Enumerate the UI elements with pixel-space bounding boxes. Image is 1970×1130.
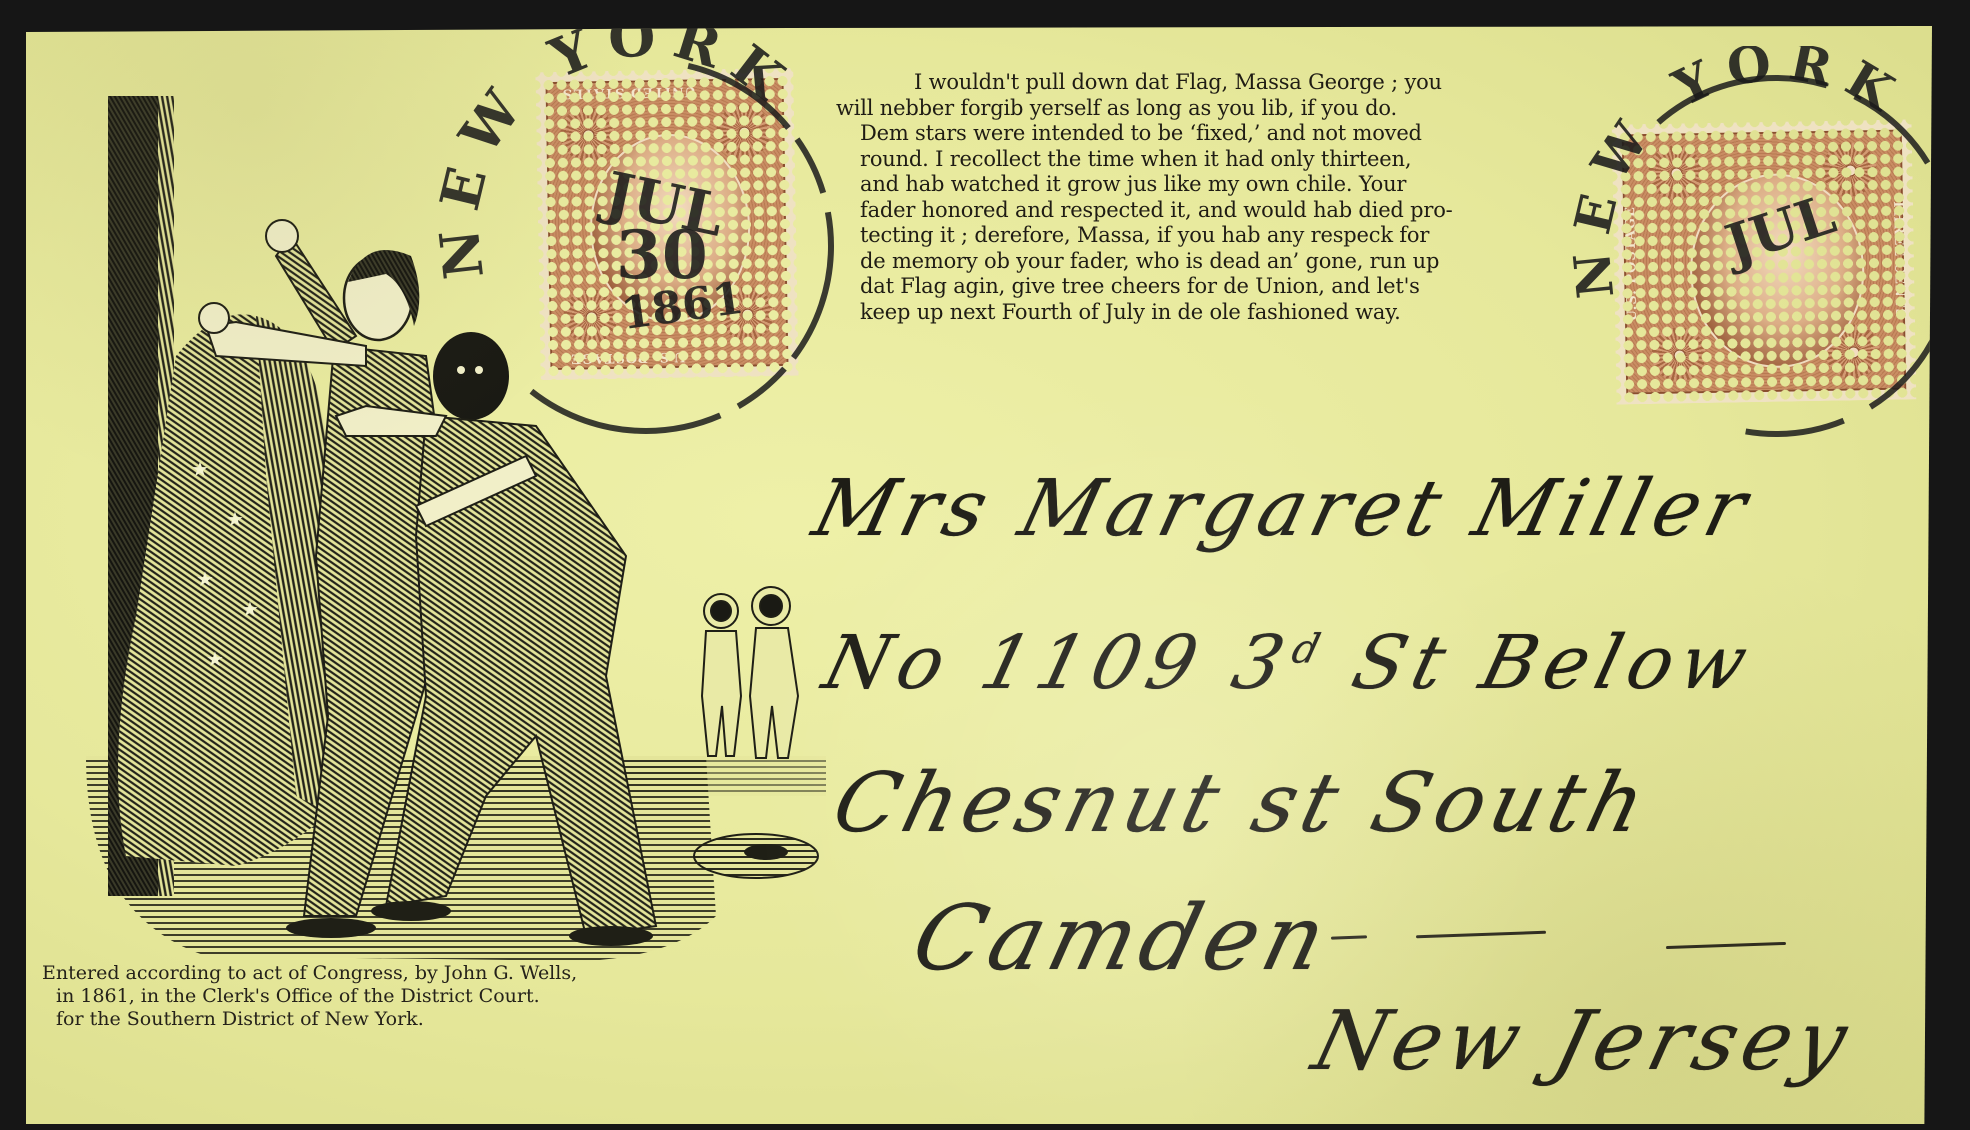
- svg-text:★: ★: [191, 457, 209, 481]
- flourish-dash: [1416, 931, 1546, 939]
- flourish-dash: [1666, 942, 1786, 949]
- verse-line: round. I recollect the time when it had …: [836, 147, 1636, 173]
- address-street: Chesnut st South: [824, 756, 1660, 851]
- address-street-number: No 1109 3d St Below: [815, 620, 1763, 706]
- street-suffix: St Below: [1344, 620, 1763, 706]
- address-city: Camden: [903, 886, 1342, 991]
- postmark-month: JUL: [1714, 182, 1843, 278]
- verse-line: Dem stars were intended to be ‘fixed,’ a…: [836, 121, 1636, 147]
- copyright-imprint: Entered according to act of Congress, by…: [42, 962, 812, 1031]
- svg-text:★: ★: [226, 507, 244, 531]
- verse-line: tecting it ; derefore, Massa, if you hab…: [836, 223, 1636, 249]
- verse-line: fader honored and respected it, and woul…: [836, 198, 1636, 224]
- flourish-dash: [1331, 935, 1367, 939]
- svg-text:★: ★: [206, 647, 224, 671]
- street-number: No 1109 3: [815, 620, 1300, 706]
- imprint-line: Entered according to act of Congress, by…: [42, 962, 812, 985]
- svg-text:★: ★: [196, 567, 214, 591]
- imprint-line: for the Southern District of New York.: [42, 1008, 812, 1031]
- address-recipient: Mrs Margaret Miller: [805, 464, 1761, 554]
- envelope: ★★ ★★ ★ I wouldn't pul: [26, 26, 1932, 1124]
- verse-line: will nebber forgib yerself as long as yo…: [836, 96, 1636, 122]
- verse-line: de memory ob your fader, who is dead an’…: [836, 249, 1636, 275]
- svg-text:★: ★: [241, 597, 259, 621]
- imprint-line: in 1861, in the Clerk's Office of the Di…: [42, 985, 812, 1008]
- verse-line: keep up next Fourth of July in de ole fa…: [836, 300, 1636, 326]
- verse-line: dat Flag agin, give tree cheers for de U…: [836, 274, 1636, 300]
- postmark-left: NEW YORK JUL 30 1861: [426, 16, 866, 456]
- verse-line: I wouldn't pull down dat Flag, Massa Geo…: [836, 70, 1636, 96]
- printed-verse: I wouldn't pull down dat Flag, Massa Geo…: [836, 70, 1636, 325]
- address-state: New Jersey: [1304, 994, 1862, 1089]
- postmark-right: NEW YORK JUL: [1566, 46, 1970, 466]
- verse-line: and hab watched it grow jus like my own …: [836, 172, 1636, 198]
